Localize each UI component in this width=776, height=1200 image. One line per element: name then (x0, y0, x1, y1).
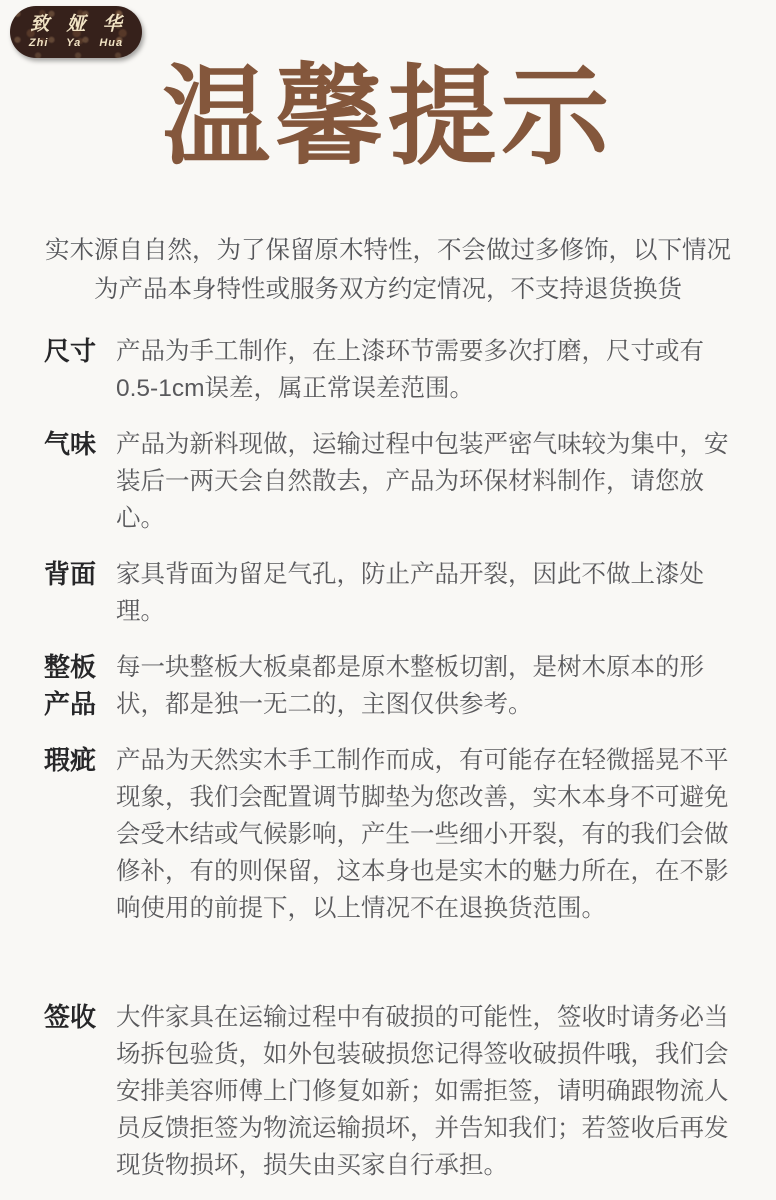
section-label: 背面 (44, 556, 108, 630)
section-label: 瑕疵 (44, 742, 108, 927)
section-label: 整板产品 (44, 649, 108, 723)
intro-paragraph: 实木源自自然，为了保留原木特性，不会做过多修饰，以下情况为产品本身特性或服务双方… (35, 231, 741, 309)
section-body: 产品为天然实木手工制作而成，有可能存在轻微摇晃不平现象，我们会配置调节脚垫为您改… (116, 742, 744, 927)
section-body: 产品为手工制作，在上漆环节需要多次打磨，尺寸或有0.5-1cm误差，属正常误差范… (116, 333, 744, 407)
section-body: 产品为新料现做，运输过程中包装严密气味较为集中，安装后一两天会自然散去，产品为环… (116, 426, 744, 537)
notice-sections: 尺寸 产品为手工制作，在上漆环节需要多次打磨，尺寸或有0.5-1cm误差，属正常… (0, 333, 776, 1184)
brand-name-chinese: 致 娅 华 (24, 14, 128, 36)
section-label: 尺寸 (44, 333, 108, 407)
section-label: 气味 (44, 426, 108, 537)
section-body: 每一块整板大板桌都是原木整板切割，是树木原本的形状，都是独一无二的，主图仅供参考… (116, 649, 744, 723)
notice-section: 尺寸 产品为手工制作，在上漆环节需要多次打磨，尺寸或有0.5-1cm误差，属正常… (44, 333, 744, 407)
section-body: 大件家具在运输过程中有破损的可能性，签收时请务必当场拆包验货，如外包装破损您记得… (116, 999, 744, 1184)
notice-section: 整板产品 每一块整板大板桌都是原木整板切割，是树木原本的形状，都是独一无二的，主… (44, 649, 744, 723)
page-title: 温馨提示 (0, 58, 776, 177)
notice-section: 背面 家具背面为留足气孔，防止产品开裂，因此不做上漆处理。 (44, 556, 744, 630)
brand-name-pinyin: Zhi Ya Hua (29, 36, 123, 50)
brand-logo: 致 娅 华 Zhi Ya Hua (10, 6, 142, 58)
notice-section: 瑕疵 产品为天然实木手工制作而成，有可能存在轻微摇晃不平现象，我们会配置调节脚垫… (44, 742, 744, 927)
notice-section: 签收 大件家具在运输过程中有破损的可能性，签收时请务必当场拆包验货，如外包装破损… (44, 999, 744, 1184)
section-label: 签收 (44, 999, 108, 1184)
notice-page: 致 娅 华 Zhi Ya Hua 温馨提示 实木源自自然，为了保留原木特性，不会… (0, 0, 776, 1200)
section-body: 家具背面为留足气孔，防止产品开裂，因此不做上漆处理。 (116, 556, 744, 630)
notice-section: 气味 产品为新料现做，运输过程中包装严密气味较为集中，安装后一两天会自然散去，产… (44, 426, 744, 537)
